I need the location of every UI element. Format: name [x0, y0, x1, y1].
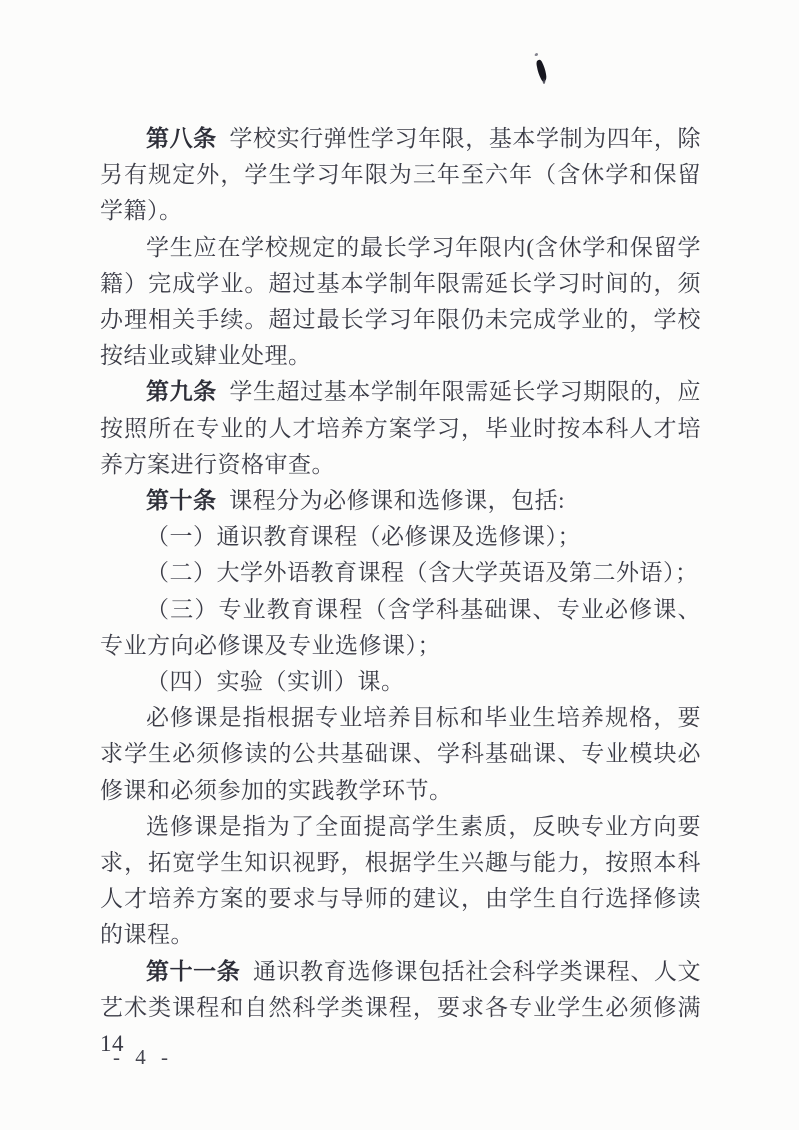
- ink-smudge-mark: [528, 48, 552, 90]
- article-term: 第九条: [146, 379, 217, 404]
- paragraph-text: 学生应在学校规定的最长学习年限内(含休学和保留学籍）完成学业。超过基本学制年限需…: [100, 235, 701, 369]
- paragraph-text: 课程分为必修课和选修课，包括:: [229, 488, 565, 513]
- document-page: 第八条学校实行弹性学习年限，基本学制为四年，除另有规定外，学生学习年限为三年至六…: [0, 0, 799, 1130]
- paragraph-article-8: 第八条学校实行弹性学习年限，基本学制为四年，除另有规定外，学生学习年限为三年至六…: [100, 121, 701, 230]
- paragraph-text: 选修课是指为了全面提高学生素质，反映专业方向要求，拓宽学生知识视野，根据学生兴趣…: [100, 814, 701, 948]
- paragraph-article-10: 第十条课程分为必修课和选修课，包括:: [100, 483, 701, 519]
- document-body: 第八条学校实行弹性学习年限，基本学制为四年，除另有规定外，学生学习年限为三年至六…: [100, 121, 701, 1062]
- list-item-2: （二）大学外语教育课程（含大学英语及第二外语）；: [100, 555, 701, 591]
- list-item-3: （三）专业教育课程（含学科基础课、专业必修课、专业方向必修课及专业选修课）；: [100, 592, 701, 664]
- paragraph-text: （三）专业教育课程（含学科基础课、专业必修课、专业方向必修课及专业选修课）；: [100, 597, 701, 658]
- paragraph: 选修课是指为了全面提高学生素质，反映专业方向要求，拓宽学生知识视野，根据学生兴趣…: [100, 809, 701, 954]
- paragraph-text: （二）大学外语教育课程（含大学英语及第二外语）；: [146, 560, 699, 585]
- article-term: 第十条: [146, 488, 217, 513]
- list-item-1: （一）通识教育课程（必修课及选修课）；: [100, 519, 701, 555]
- article-term: 第十一条: [146, 959, 240, 984]
- page-number: - 4 -: [113, 1045, 173, 1070]
- paragraph: 学生应在学校规定的最长学习年限内(含休学和保留学籍）完成学业。超过基本学制年限需…: [100, 230, 701, 375]
- article-term: 第八条: [146, 126, 217, 151]
- paragraph-article-11: 第十一条通识教育选修课包括社会科学类课程、人文艺术类课程和自然科学类课程，要求各…: [100, 954, 701, 1063]
- paragraph-text: 必修课是指根据专业培养目标和毕业生培养规格，要求学生必须修读的公共基础课、学科基…: [100, 705, 701, 802]
- paragraph-article-9: 第九条学生超过基本学制年限需延长学习期限的，应按照所在专业的人才培养方案学习，毕…: [100, 374, 701, 483]
- paragraph-text: （一）通识教育课程（必修课及选修课）；: [146, 524, 581, 549]
- paragraph-text: （四）实验（实训）课。: [146, 669, 405, 694]
- list-item-4: （四）实验（实训）课。: [100, 664, 701, 700]
- paragraph: 必修课是指根据专业培养目标和毕业生培养规格，要求学生必须修读的公共基础课、学科基…: [100, 700, 701, 809]
